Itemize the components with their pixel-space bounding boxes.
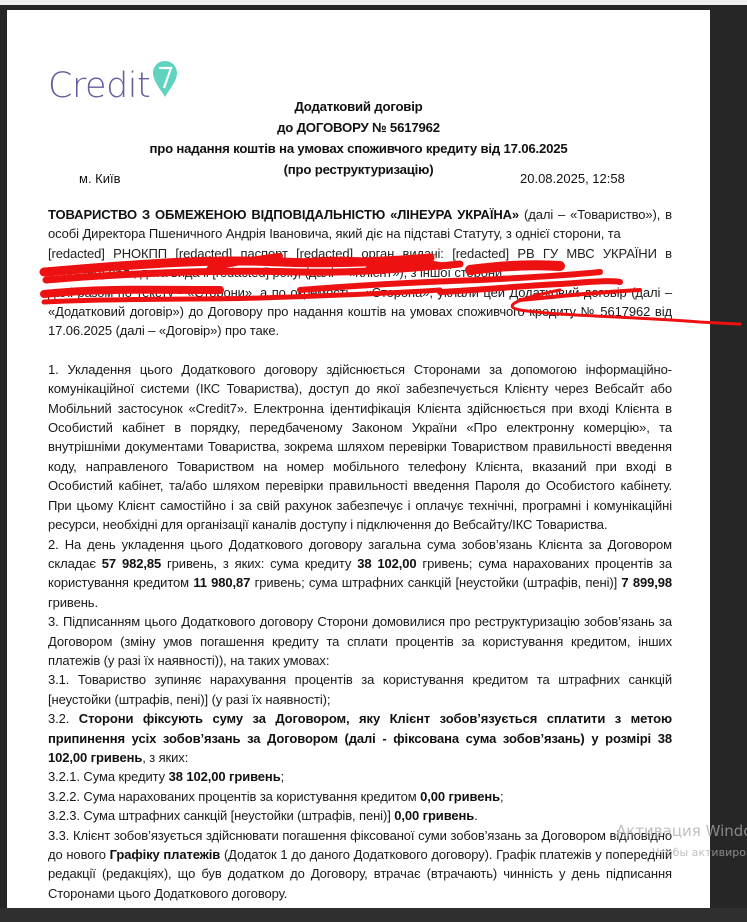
logo-pin-7-icon: [152, 60, 178, 98]
clause-3-1: 3.1. Товариство зупиняє нарахування проц…: [48, 670, 672, 709]
window-top-strip: [0, 0, 747, 5]
clause-3: 3. Підписанням цього Додаткового договор…: [48, 612, 672, 670]
interest-amount: 11 980,87: [193, 575, 250, 590]
document-body: ТОВАРИСТВО З ОБМЕЖЕНОЮ ВІДПОВІДАЛЬНІСТЮ …: [48, 205, 672, 903]
title-line-2: до ДОГОВОРУ № 5617962: [7, 117, 710, 138]
preamble-client-redacted: [redacted] РНОКПП [redacted] паспорт [re…: [48, 244, 672, 283]
contract-place: м. Київ: [79, 171, 121, 186]
credit-amount: 38 102,00: [357, 556, 416, 571]
clause-3-2-2: 3.2.2. Сума нарахованих процентів за кор…: [48, 787, 672, 806]
document-title: Додатковий договір до ДОГОВОРУ № 5617962…: [7, 96, 710, 180]
windows-activation-hint: Чтобы активировать Windows: [652, 846, 747, 859]
credit7-logo: Credit: [48, 44, 178, 104]
title-line-1: Додатковий договір: [7, 96, 710, 117]
windows-activation-watermark: Активация Windows: [616, 822, 747, 840]
total-debt-amount: 57 982,85: [102, 556, 161, 571]
penalty-amount: 7 899,98: [621, 575, 672, 590]
clause-1: 1. Укладення цього Додаткового договору …: [48, 360, 672, 535]
preamble-parties: далі разом по тексту - «Сторони», а по о…: [48, 283, 672, 341]
preamble-company: ТОВАРИСТВО З ОБМЕЖЕНОЮ ВІДПОВІДАЛЬНІСТЮ …: [48, 205, 672, 244]
document-page: Credit Додатковий договір до ДОГОВОРУ № …: [7, 10, 710, 908]
clause-3-2-3: 3.2.3. Сума штрафних санкцій [неустойки …: [48, 806, 672, 825]
clause-3-2-1: 3.2.1. Сума кредиту 38 102,00 гривень;: [48, 767, 672, 786]
clause-2: 2. На день укладення цього Додаткового д…: [48, 535, 672, 613]
title-line-3: про надання коштів на умовах споживчого …: [7, 138, 710, 159]
contract-datetime: 20.08.2025, 12:58: [520, 171, 625, 186]
window-bottom-bar: [0, 908, 747, 922]
clause-3-2: 3.2. Сторони фіксують суму за Договором,…: [48, 709, 672, 767]
clause-3-3: 3.3. Клієнт зобов’язується здійснювати п…: [48, 826, 672, 904]
